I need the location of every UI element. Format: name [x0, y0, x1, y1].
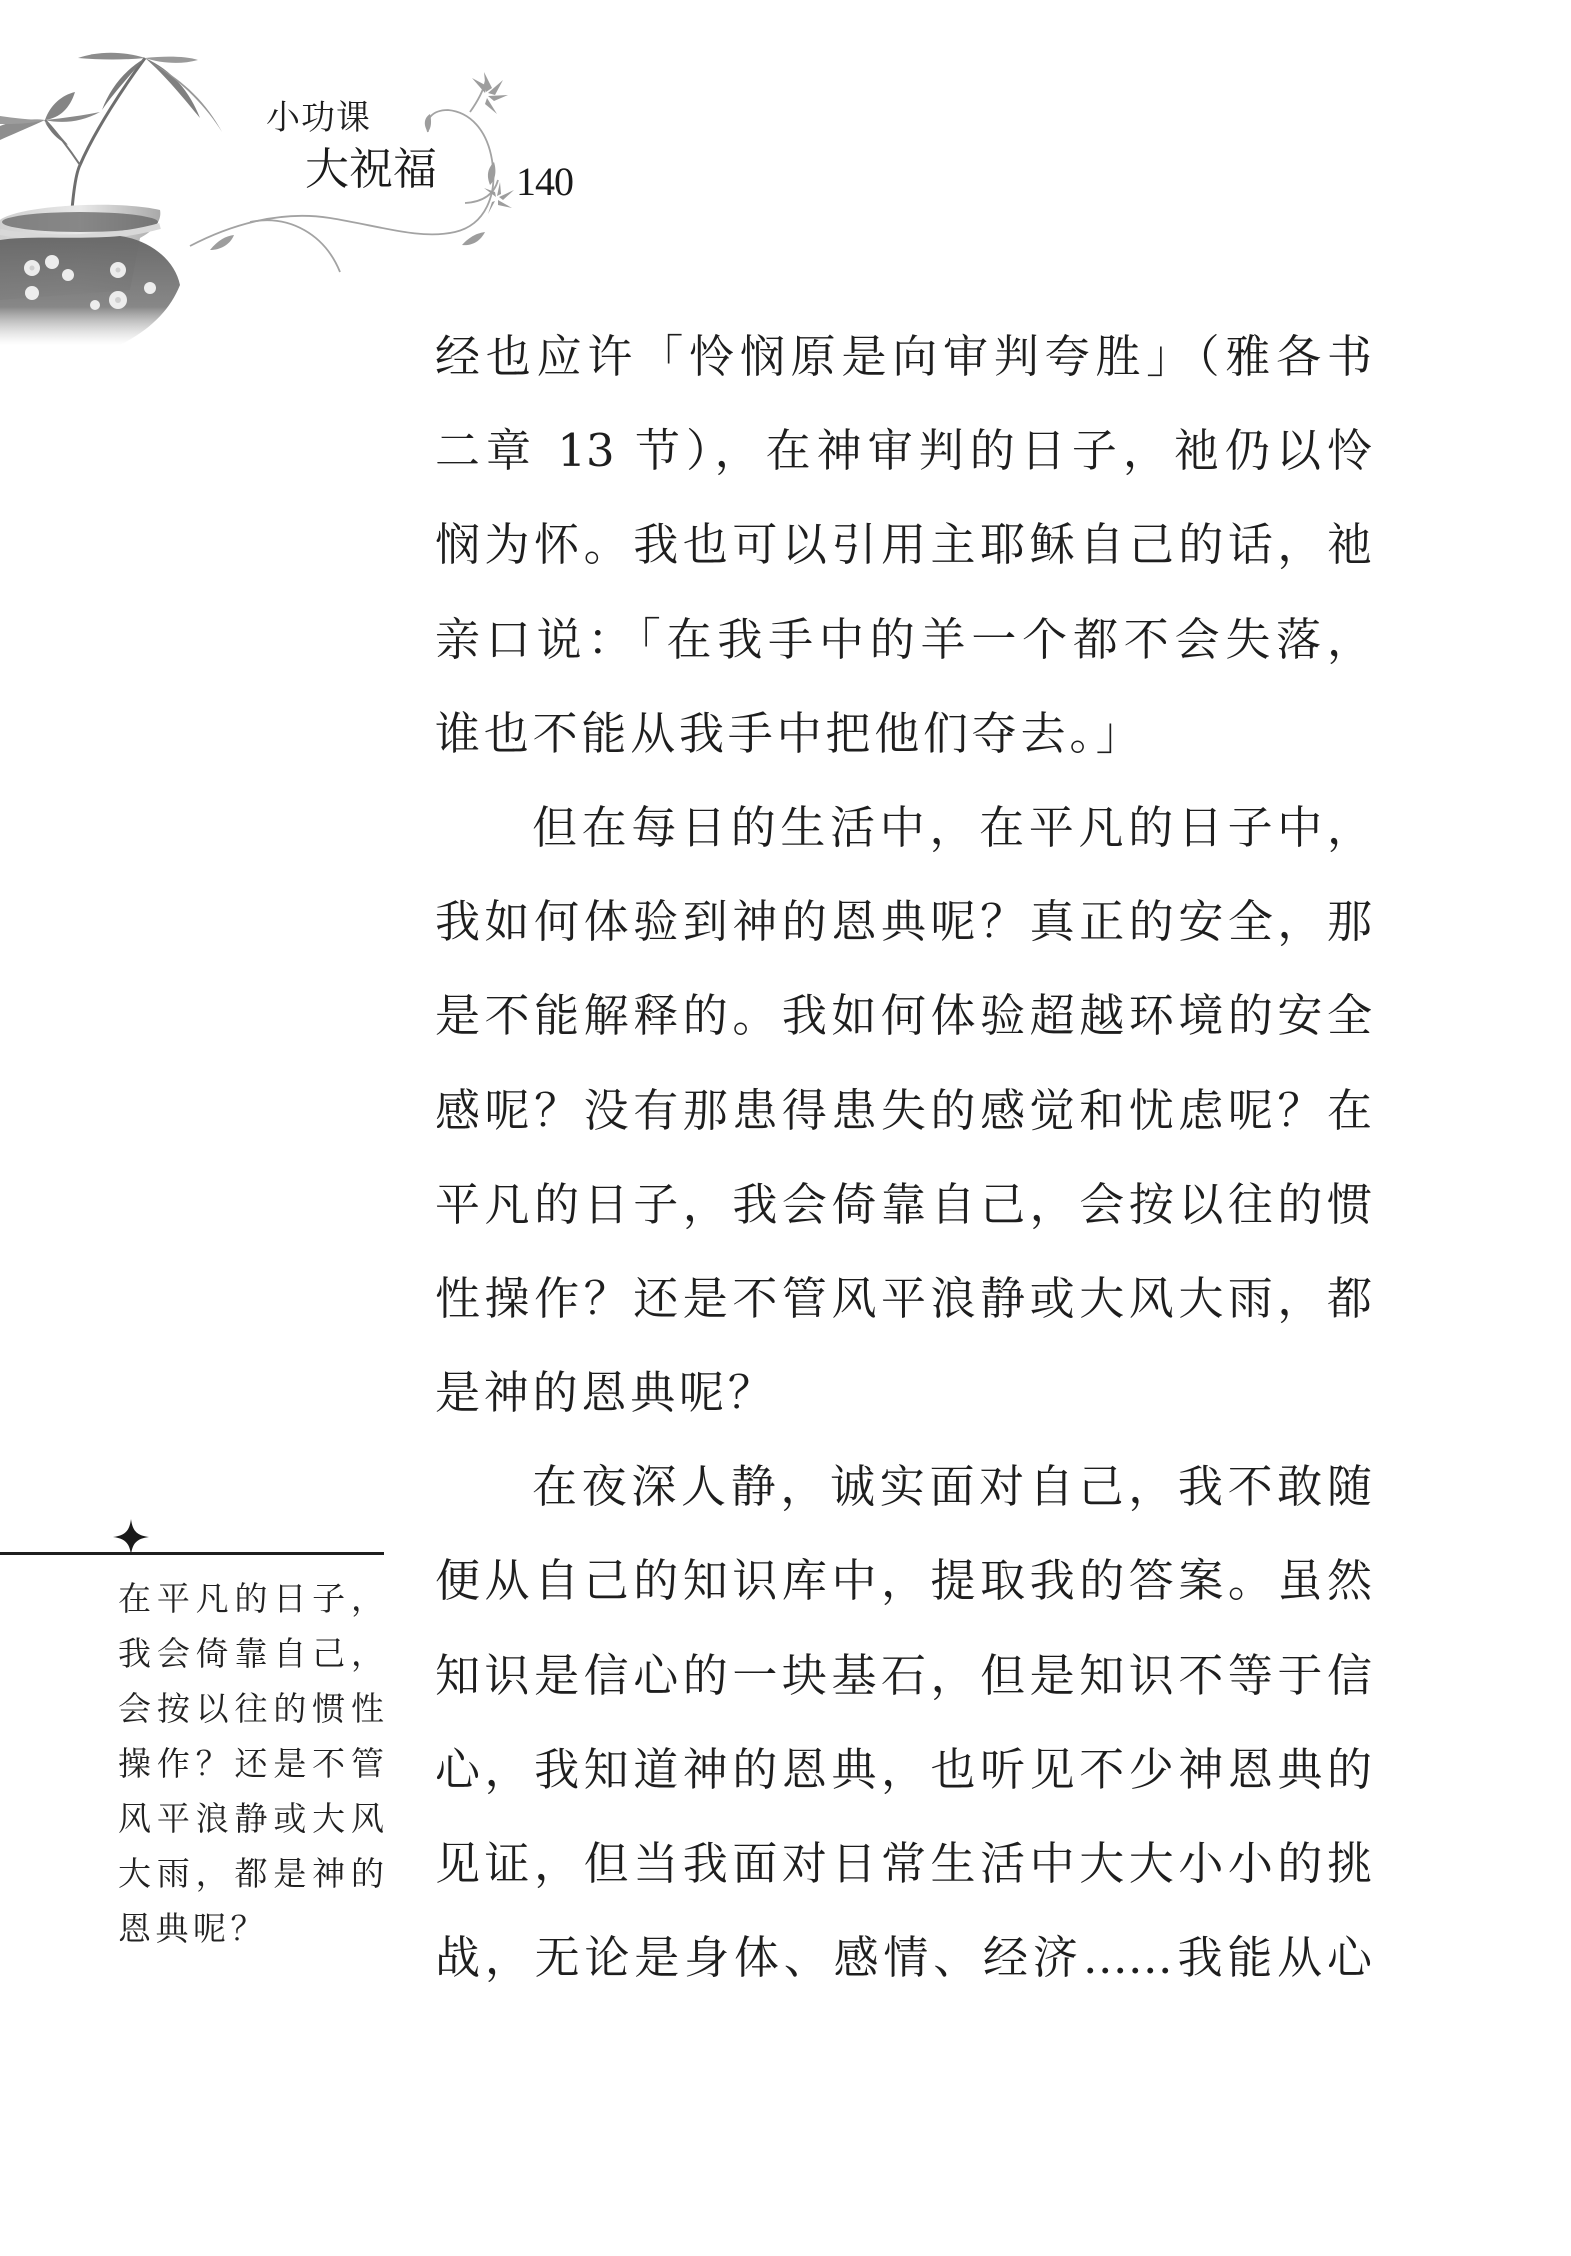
pullquote-line: 操作？还是不管	[118, 1736, 384, 1791]
body-line: 亲口说：「在我手中的羊一个都不会失落，	[435, 593, 1372, 687]
pullquote-line: 我会倚靠自己，	[118, 1626, 384, 1681]
body-line: 心，我知道神的恩典，也听见不少神恩典的	[435, 1723, 1372, 1817]
body-line: 经也应许「怜悯原是向审判夸胜」（雅各书	[435, 310, 1372, 404]
pullquote-line: 在平凡的日子，	[118, 1571, 384, 1626]
body-line: 但在每日的生活中，在平凡的日子中，	[435, 781, 1372, 875]
body-line: 感呢？没有那患得患失的感觉和忧虑呢？在	[435, 1064, 1372, 1158]
body-line: 悯为怀。我也可以引用主耶稣自己的话，祂	[435, 498, 1372, 592]
body-line: 是不能解释的。我如何体验超越环境的安全	[435, 969, 1372, 1063]
body-line: 在夜深人静，诚实面对自己，我不敢随	[435, 1440, 1372, 1534]
pullquote-line: 恩典呢？	[118, 1901, 384, 1956]
body-line: 谁也不能从我手中把他们夺去。」	[435, 687, 1372, 781]
body-line: 是神的恩典呢？	[435, 1346, 1372, 1440]
body-line: 便从自己的知识库中，提取我的答案。虽然	[435, 1534, 1372, 1628]
body-line: 战，无论是身体、感情、经济……我能从心	[435, 1911, 1372, 2005]
body-line: 二章 13 节），在神审判的日子，祂仍以怜	[435, 404, 1372, 498]
body-line: 见证，但当我面对日常生活中大大小小的挑	[435, 1817, 1372, 1911]
four-point-star-icon	[113, 1519, 149, 1555]
series-title: 小功课	[266, 98, 371, 138]
pullquote: 在平凡的日子， 我会倚靠自己， 会按以往的惯性 操作？还是不管 风平浪静或大风 …	[118, 1571, 384, 1956]
body-line: 平凡的日子，我会倚靠自己，会按以往的惯	[435, 1158, 1372, 1252]
body-line: 我如何体验到神的恩典呢？真正的安全，那	[435, 875, 1372, 969]
pullquote-line: 大雨，都是神的	[118, 1846, 384, 1901]
book-title: 大祝福	[305, 144, 437, 196]
body-line: 性操作？还是不管风平浪静或大风大雨，都	[435, 1252, 1372, 1346]
pullquote-line: 风平浪静或大风	[118, 1791, 384, 1846]
pullquote-divider	[0, 1552, 384, 1555]
body-text: 经也应许「怜悯原是向审判夸胜」（雅各书 二章 13 节），在神审判的日子，祂仍以…	[435, 310, 1372, 2005]
page-header: 小功课 大祝福 140	[0, 0, 620, 360]
page-number: 140	[516, 160, 573, 204]
pullquote-line: 会按以往的惯性	[118, 1681, 384, 1736]
body-line: 知识是信心的一块基石，但是知识不等于信	[435, 1629, 1372, 1723]
